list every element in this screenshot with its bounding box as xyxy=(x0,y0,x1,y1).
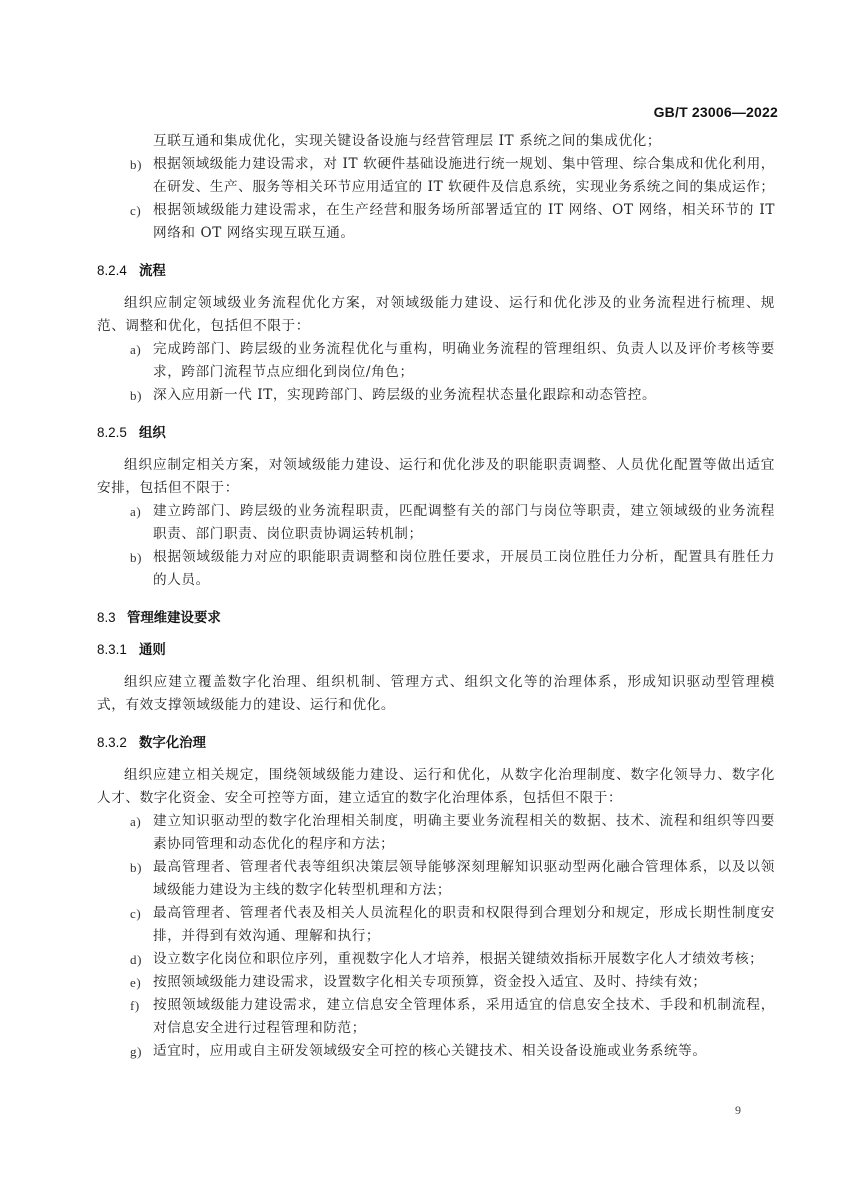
section-title: 通则 xyxy=(139,642,166,657)
section-paragraph: 组织应建立相关规定，围绕领域级能力建设、运行和优化，从数字化治理制度、数字化领导… xyxy=(97,764,775,810)
list-item: a) 完成跨部门、跨层级的业务流程优化与重构，明确业务流程的管理组织、负责人以及… xyxy=(97,338,775,384)
section-paragraph: 组织应建立覆盖数字化治理、组织机制、管理方式、组织文化等的治理体系，形成知识驱动… xyxy=(97,671,775,717)
list-label: g) xyxy=(130,1040,142,1063)
list-text: 深入应用新一代 IT，实现跨部门、跨层级的业务流程状态量化跟踪和动态管控。 xyxy=(153,387,656,403)
list-text: 设立数字化岗位和职位序列，重视数字化人才培养，根据关键绩效指标开展数字化人才绩效… xyxy=(153,951,763,967)
list-item: a) 建立跨部门、跨层级的业务流程职责，匹配调整有关的部门与岗位等职责，建立领域… xyxy=(97,500,775,546)
list-label: b) xyxy=(130,384,142,407)
section-title: 组织 xyxy=(139,425,166,440)
list-label: a) xyxy=(130,810,141,833)
list-label: f) xyxy=(130,994,140,1017)
section-title: 管理维建设要求 xyxy=(127,610,221,625)
list-text: 根据领域级能力建设需求，在生产经营和服务场所部署适宜的 IT 网络、OT 网络，… xyxy=(153,202,775,241)
list-text: 按照领域级能力建设需求，建立信息安全管理体系，采用适宜的信息安全技术、手段和机制… xyxy=(153,997,775,1036)
list-label: c) xyxy=(130,199,141,222)
list-text: 适宜时，应用或自主研发领域级安全可控的核心关键技术、相关设备设施或业务系统等。 xyxy=(153,1043,707,1059)
list-label: b) xyxy=(130,153,142,176)
page-number: 9 xyxy=(735,1103,741,1118)
list-item: c) 根据领域级能力建设需求，在生产经营和服务场所部署适宜的 IT 网络、OT … xyxy=(97,199,775,245)
section-heading-8-3-2: 8.3.2数字化治理 xyxy=(97,733,775,753)
section-number: 8.2.5 xyxy=(97,423,139,443)
list-item: b) 最高管理者、管理者代表等组织决策层领导能够深刻理解知识驱动型两化融合管理体… xyxy=(97,856,775,902)
list-item: c) 最高管理者、管理者代表及相关人员流程化的职责和权限得到合理划分和规定，形成… xyxy=(97,902,775,948)
section-paragraph: 组织应制定相关方案，对领域级能力建设、运行和优化涉及的职能职责调整、人员优化配置… xyxy=(97,454,775,500)
list-item: b) 根据领域级能力对应的职能职责调整和岗位胜任要求，开展员工岗位胜任力分析，配… xyxy=(97,546,775,592)
section-number: 8.3.1 xyxy=(97,640,139,660)
list-label: a) xyxy=(130,500,141,523)
section-heading-8-3-1: 8.3.1通则 xyxy=(97,640,775,660)
list-label: b) xyxy=(130,856,142,879)
list-text: 最高管理者、管理者代表及相关人员流程化的职责和权限得到合理划分和规定，形成长期性… xyxy=(153,905,775,944)
section-heading-8-2-5: 8.2.5组织 xyxy=(97,423,775,443)
section-title: 流程 xyxy=(139,263,166,278)
list-item: e) 按照领域级能力建设需求，设置数字化相关专项预算，资金投入适宜、及时、持续有… xyxy=(97,971,775,994)
list-label: d) xyxy=(130,948,142,971)
list-text: 建立知识驱动型的数字化治理相关制度，明确主要业务流程相关的数据、技术、流程和组织… xyxy=(153,813,775,852)
list-text: 最高管理者、管理者代表等组织决策层领导能够深刻理解知识驱动型两化融合管理体系，以… xyxy=(153,859,775,898)
page-body: 互联互通和集成优化，实现关键设备设施与经营管理层 IT 系统之间的集成优化； b… xyxy=(97,130,775,1063)
list-text: 完成跨部门、跨层级的业务流程优化与重构，明确业务流程的管理组织、负责人以及评价考… xyxy=(153,341,775,380)
standard-code-header: GB/T 23006—2022 xyxy=(654,104,778,120)
list-label: e) xyxy=(130,971,141,994)
list-text: 按照领域级能力建设需求，设置数字化相关专项预算，资金投入适宜、及时、持续有效； xyxy=(153,974,707,990)
section-number: 8.3.2 xyxy=(97,733,139,753)
section-number: 8.3 xyxy=(97,608,127,628)
list-text: 根据领域级能力建设需求，对 IT 软硬件基础设施进行统一规划、集中管理、综合集成… xyxy=(153,156,775,195)
list-item: d) 设立数字化岗位和职位序列，重视数字化人才培养，根据关键绩效指标开展数字化人… xyxy=(97,948,775,971)
list-text: 根据领域级能力对应的职能职责调整和岗位胜任要求，开展员工岗位胜任力分析，配置具有… xyxy=(153,549,775,588)
list-label: c) xyxy=(130,902,141,925)
section-title: 数字化治理 xyxy=(139,735,206,750)
section-paragraph: 组织应制定领域级业务流程优化方案，对领域级能力建设、运行和优化涉及的业务流程进行… xyxy=(97,292,775,338)
list-item: g) 适宜时，应用或自主研发领域级安全可控的核心关键技术、相关设备设施或业务系统… xyxy=(97,1040,775,1063)
section-heading-8-2-4: 8.2.4流程 xyxy=(97,261,775,281)
continued-item-text: 互联互通和集成优化，实现关键设备设施与经营管理层 IT 系统之间的集成优化； xyxy=(97,130,775,153)
list-label: b) xyxy=(130,546,142,569)
list-item: b) 根据领域级能力建设需求，对 IT 软硬件基础设施进行统一规划、集中管理、综… xyxy=(97,153,775,199)
section-heading-8-3: 8.3管理维建设要求 xyxy=(97,608,775,628)
list-text: 建立跨部门、跨层级的业务流程职责，匹配调整有关的部门与岗位等职责，建立领域级的业… xyxy=(153,503,775,542)
list-item: f) 按照领域级能力建设需求，建立信息安全管理体系，采用适宜的信息安全技术、手段… xyxy=(97,994,775,1040)
list-item: a) 建立知识驱动型的数字化治理相关制度，明确主要业务流程相关的数据、技术、流程… xyxy=(97,810,775,856)
list-label: a) xyxy=(130,338,141,361)
section-number: 8.2.4 xyxy=(97,261,139,281)
list-item: b) 深入应用新一代 IT，实现跨部门、跨层级的业务流程状态量化跟踪和动态管控。 xyxy=(97,384,775,407)
